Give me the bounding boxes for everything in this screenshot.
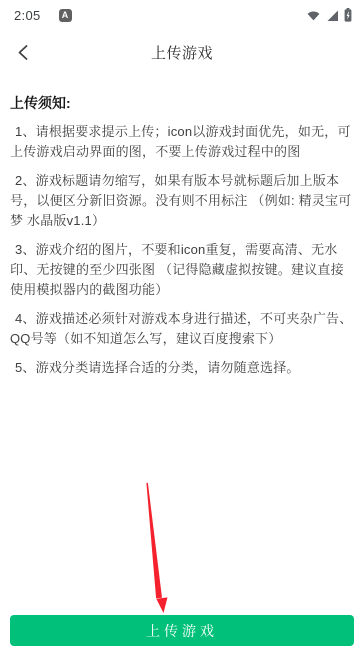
battery-charging-icon [344, 8, 352, 22]
notice-item-1: 1、请根据要求提示上传；icon以游戏封面优先，如无，可上传游戏启动界面的图，不… [10, 122, 354, 162]
back-chevron-icon [15, 44, 32, 61]
notification-badge-icon: A [59, 9, 72, 22]
wifi-icon [306, 9, 321, 22]
back-button[interactable] [6, 36, 40, 70]
upload-game-screen: 2:05 A 上传游戏 上传须知: [0, 0, 364, 661]
status-icons [306, 8, 352, 22]
notification-badge-letter: A [62, 11, 69, 20]
upload-game-button[interactable]: 上传游戏 [10, 615, 354, 646]
notice-heading: 上传须知: [10, 93, 354, 113]
cellular-signal-icon [326, 9, 339, 22]
status-time: 2:05 [14, 8, 41, 23]
notice-item-4: 4、游戏描述必须针对游戏本身进行描述，不可夹杂广告、QQ号等（如不知道怎么写，建… [10, 309, 354, 349]
status-bar: 2:05 A [0, 0, 364, 30]
notice-content: 上传须知: 1、请根据要求提示上传；icon以游戏封面优先，如无，可上传游戏启动… [0, 93, 364, 378]
notice-item-3: 3、游戏介绍的图片，不要和icon重复，需要高清、无水印、无按键的至少四张图 （… [10, 240, 354, 300]
notice-item-5: 5、游戏分类请选择合适的分类，请勿随意选择。 [10, 358, 354, 378]
notice-item-2: 2、游戏标题请勿缩写，如果有版本号就标题后加上版本号，以便区分新旧资源。没有则不… [10, 171, 354, 231]
page-title: 上传游戏 [151, 42, 213, 63]
app-bar: 上传游戏 [0, 30, 364, 75]
